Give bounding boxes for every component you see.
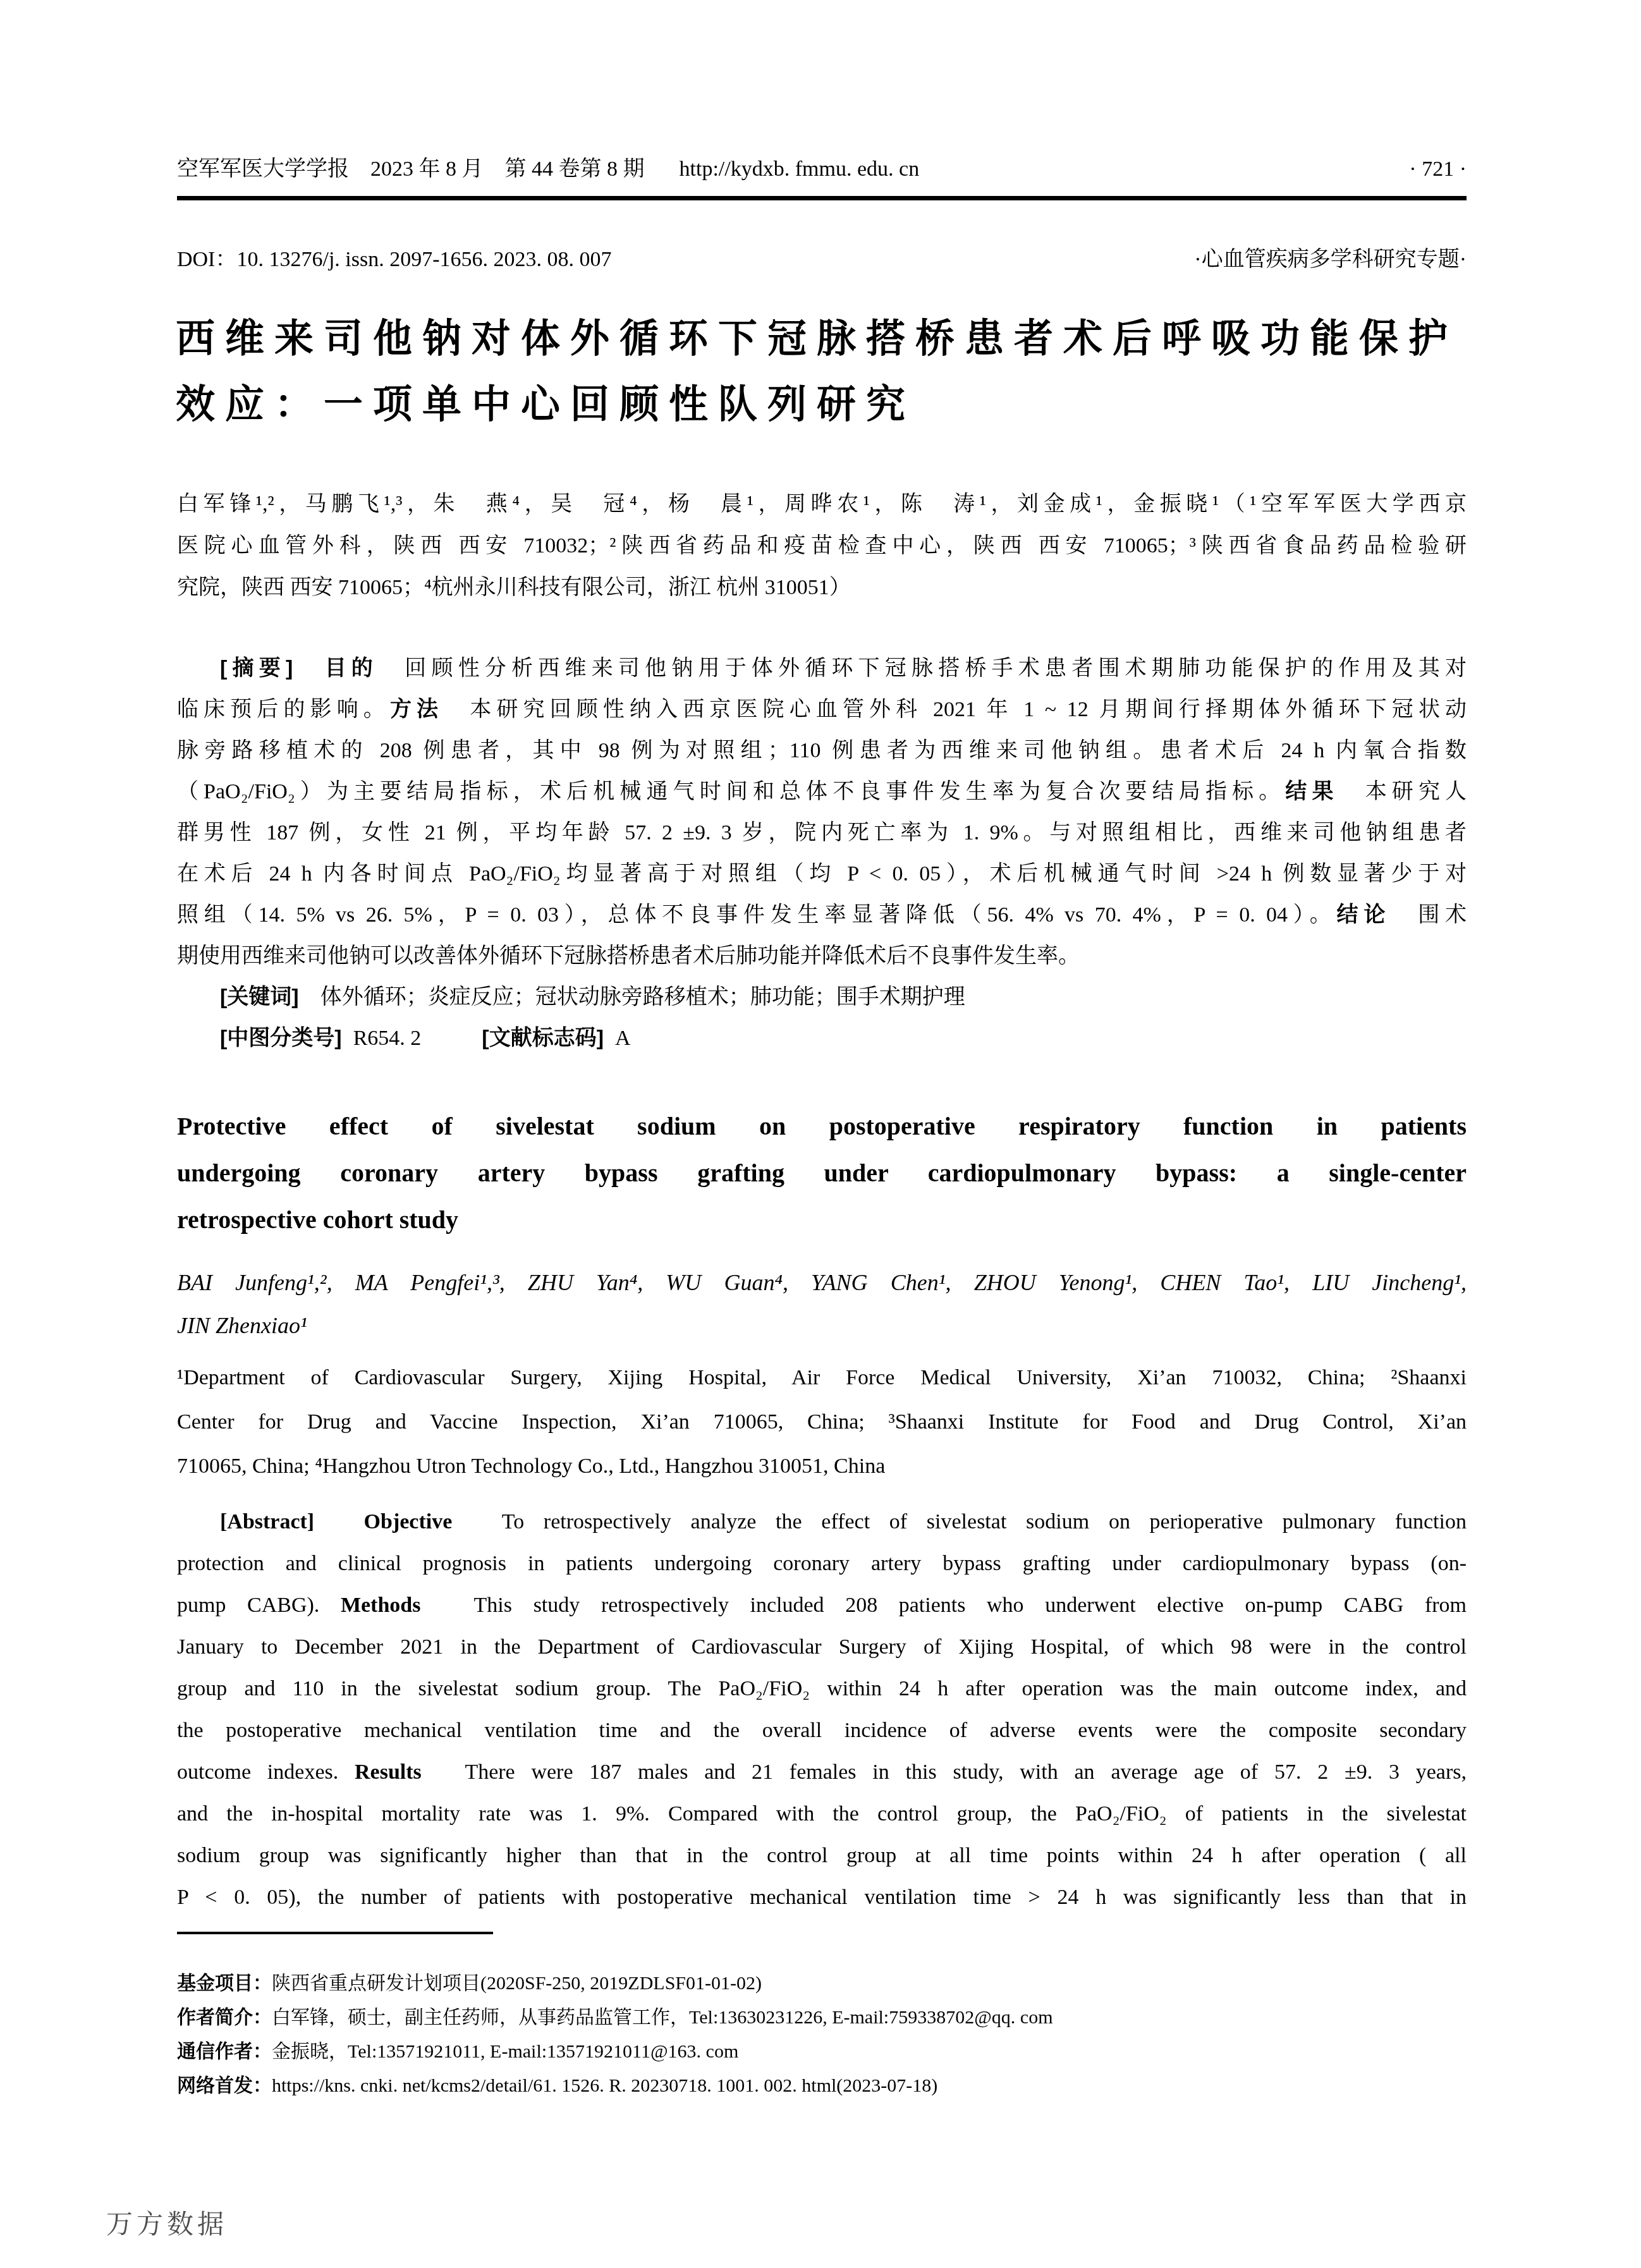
paper-title-en-line3: retrospective cohort study [177,1197,1467,1243]
paper-title-zh-line2: 效应：一项单中心回顾性队列研究 [176,372,1528,438]
footnote-corresponding-label: 通信作者： [177,2041,272,2062]
abstract-zh-line: 照组（14. 5% vs 26. 5%，P = 0. 03），总体不良事件发生率… [177,894,1467,936]
header-rule [177,196,1467,200]
abstract-en-results-label: Results [355,1760,422,1784]
journal-url: http://kydxb. fmmu. edu. cn [680,156,920,183]
authors-zh-line1: 白军锋¹,²，马鹏飞¹,³，朱 燕⁴，吴 冠⁴，杨 晨¹，周晔农¹，陈 涛¹，刘… [177,484,1467,525]
footnote-bio: 作者简介：白军锋，硕士，副主任药师，从事药品监管工作，Tel:136302312… [177,2001,1467,2035]
affiliation-en-line1: ¹Department of Cardiovascular Surgery, X… [177,1356,1467,1400]
affiliation-en-line2: Center for Drug and Vaccine Inspection, … [177,1400,1467,1444]
clc-label: [中图分类号] [220,1026,342,1050]
abstract-zh-text: 本研究回顾性纳入西京医院心血管外科 2021 年 1 ~ 12 月期间行择期体外… [443,698,1467,721]
abstract-zh-line: （PaO₂/FiO₂）为主要结局指标，术后机械通气时间和总体不良事件发生率为复合… [177,771,1467,812]
abstract-en-line: the postoperative mechanical ventilation… [177,1710,1467,1752]
scanned-paper-page: 空军军医大学学报 2023 年 8 月 第 44 卷第 8 期 http://k… [0,0,1641,2268]
authors-zh-line2: 医院心血管外科，陕西 西安 710032；²陕西省药品和疫苗检查中心，陕西 西安… [177,525,1467,567]
abstract-en-text: There were 187 males and 21 females in t… [422,1760,1467,1784]
paper-title-zh: 西维来司他钠对体外循环下冠脉搭桥患者术后呼吸功能保护 效应：一项单中心回顾性队列… [176,307,1528,438]
footnote-bio-text: 白军锋，硕士，副主任药师，从事药品监管工作，Tel:13630231226, E… [272,2007,1052,2028]
abstract-en-methods-label: Methods [341,1594,421,1617]
abstract-en-line: and the in-hospital mortality rate was 1… [177,1793,1467,1835]
abstract-zh-results-label: 结果 [1285,779,1338,803]
paper-title-en-line2: undergoing coronary artery bypass grafti… [177,1150,1467,1197]
abstract-en-objective-label: [Abstract] Objective [220,1510,452,1533]
abstract-zh: [摘要] 目的 回顾性分析西维来司他钠用于体外循环下冠脉搭桥手术患者围术期肺功能… [177,648,1467,1059]
authors-zh: 白军锋¹,²，马鹏飞¹,³，朱 燕⁴，吴 冠⁴，杨 晨¹，周晔农¹，陈 涛¹，刘… [177,484,1467,609]
authors-zh-line3: 究院，陕西 西安 710065；⁴杭州永川科技有限公司，浙江 杭州 310051… [177,567,1467,609]
paper-title-zh-line1: 西维来司他钠对体外循环下冠脉搭桥患者术后呼吸功能保护 [176,307,1528,372]
footnote-divider [177,1932,493,1934]
abstract-en-line: P < 0. 05), the number of patients with … [177,1877,1467,1918]
authors-en: BAI Junfeng¹,², MA Pengfei¹,³, ZHU Yan⁴,… [177,1261,1467,1347]
abstract-zh-text: 本研究人 [1339,780,1467,803]
abstract-zh-text: 回顾性分析西维来司他钠用于体外循环下冠脉搭桥手术患者围术期肺功能保护的作用及其对 [378,657,1467,680]
abstract-zh-text: 临床预后的影响。 [177,698,390,721]
abstract-zh-line: 期使用西维来司他钠可以改善体外循环下冠脉搭桥患者术后肺功能并降低术后不良事件发生… [177,936,1467,977]
paper-title-en-line1: Protective effect of sivelestat sodium o… [177,1103,1467,1150]
footnote-online-first-text: https://kns. cnki. net/kcms2/detail/61. … [272,2075,937,2096]
abstract-en-line: [Abstract] Objective To retrospectively … [177,1501,1467,1543]
abstract-en-line: group and 110 in the sivelestat sodium g… [177,1668,1467,1710]
clc-value: R654. 2 [353,1027,422,1050]
footnote-bio-label: 作者简介： [177,2007,272,2028]
footnotes: 基金项目：陕西省重点研发计划项目(2020SF-250, 2019ZDLSF01… [177,1966,1467,2103]
footnote-corresponding-text: 金振晓，Tel:13571921011, E-mail:13571921011@… [272,2041,738,2062]
special-topic: ·心血管疾病多学科研究专题· [1194,247,1467,274]
footnote-corresponding: 通信作者：金振晓，Tel:13571921011, E-mail:1357192… [177,2035,1467,2069]
abstract-zh-text: （PaO₂/FiO₂）为主要结局指标，术后机械通气时间和总体不良事件发生率为复合… [177,780,1285,803]
abstract-zh-line: 脉旁路移植术的 208 例患者，其中 98 例为对照组；110 例患者为西维来司… [177,730,1467,771]
doc-code-value: A [615,1027,631,1050]
abstract-en: [Abstract] Objective To retrospectively … [177,1501,1467,1918]
abstract-en-line: January to December 2021 in the Departme… [177,1626,1467,1668]
footnote-online-first: 网络首发：https://kns. cnki. net/kcms2/detail… [177,2069,1467,2103]
abstract-en-text: outcome indexes. [177,1760,355,1784]
doi-text: DOI：10. 13276/j. issn. 2097-1656. 2023. … [177,247,612,274]
footnote-fund: 基金项目：陕西省重点研发计划项目(2020SF-250, 2019ZDLSF01… [177,1966,1467,2001]
abstract-en-text: To retrospectively analyze the effect of… [452,1510,1467,1533]
affiliations-en: ¹Department of Cardiovascular Surgery, X… [177,1356,1467,1489]
page-header: 空军军医大学学报 2023 年 8 月 第 44 卷第 8 期 http://k… [177,156,1467,183]
keywords-zh-line: [关键词] 体外循环；炎症反应；冠状动脉旁路移植术；肺功能；围手术期护理 [177,977,1467,1018]
abstract-zh-methods-label: 方法 [390,697,443,721]
classification-line: [中图分类号]R654. 2[文献标志码]A [177,1018,1467,1059]
abstract-en-line: protection and clinical prognosis in pat… [177,1543,1467,1585]
abstract-zh-line: [摘要] 目的 回顾性分析西维来司他钠用于体外循环下冠脉搭桥手术患者围术期肺功能… [177,648,1467,689]
meta-row: DOI：10. 13276/j. issn. 2097-1656. 2023. … [177,247,1467,274]
page-number: · 721 · [1409,156,1467,183]
affiliation-en-line3: 710065, China; ⁴Hangzhou Utron Technolog… [177,1444,1467,1489]
abstract-zh-conclusion-label: 结论 [1337,903,1391,927]
abstract-en-line: sodium group was significantly higher th… [177,1835,1467,1877]
keywords-label: [关键词] [220,985,299,1009]
abstract-zh-line: 临床预后的影响。方法 本研究回顾性纳入西京医院心血管外科 2021 年 1 ~ … [177,689,1467,730]
abstract-en-line: pump CABG). Methods This study retrospec… [177,1585,1467,1626]
abstract-zh-text: 围术 [1391,903,1467,927]
footnote-online-first-label: 网络首发： [177,2075,272,2096]
keywords-text: 体外循环；炎症反应；冠状动脉旁路移植术；肺功能；围手术期护理 [299,985,965,1009]
authors-en-line2: JIN Zhenxiao¹ [177,1304,1467,1347]
journal-issue-info: 空军军医大学学报 2023 年 8 月 第 44 卷第 8 期 [177,156,645,183]
abstract-en-text: This study retrospectively included 208 … [420,1594,1467,1617]
wanfang-watermark: 万方数据 [106,2204,228,2241]
abstract-zh-objective-label: [摘要] 目的 [220,656,378,680]
abstract-en-line: outcome indexes. Results There were 187 … [177,1752,1467,1793]
footnote-fund-text: 陕西省重点研发计划项目(2020SF-250, 2019ZDLSF01-01-0… [272,1973,762,1994]
footnote-fund-label: 基金项目： [177,1973,272,1994]
doc-code-label: [文献标志码] [482,1026,604,1050]
abstract-zh-line: 群男性 187 例，女性 21 例，平均年龄 57. 2 ±9. 3 岁，院内死… [177,812,1467,853]
authors-en-line1: BAI Junfeng¹,², MA Pengfei¹,³, ZHU Yan⁴,… [177,1261,1467,1304]
abstract-en-text: pump CABG). [177,1594,341,1617]
abstract-zh-line: 在术后 24 h 内各时间点 PaO₂/FiO₂均显著高于对照组（均 P < 0… [177,853,1467,894]
abstract-zh-text: 照组（14. 5% vs 26. 5%，P = 0. 03），总体不良事件发生率… [177,903,1337,927]
paper-title-en: Protective effect of sivelestat sodium o… [177,1103,1467,1243]
